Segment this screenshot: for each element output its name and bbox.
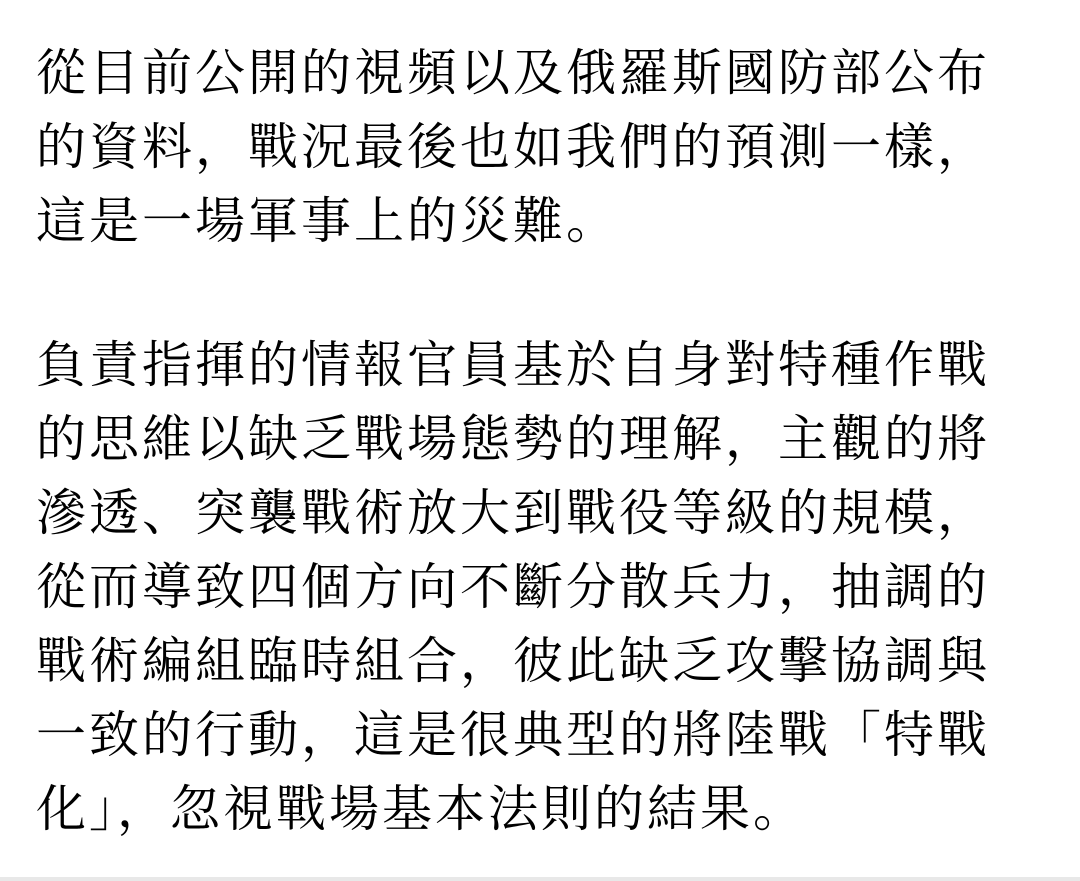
- paragraph-1: 從目前公開的視頻以及俄羅斯國防部公布 的資料，戰況最後也如我們的預測一樣， 這是…: [36, 36, 1046, 258]
- text-line: 從目前公開的視頻以及俄羅斯國防部公布: [36, 36, 1046, 110]
- text-line: 化」，忽視戰場基本法則的結果。: [36, 772, 1046, 846]
- paragraph-gap: [36, 258, 1046, 328]
- text-line: 戰術編組臨時組合，彼此缺乏攻擊協調與: [36, 624, 1046, 698]
- text-line: 的思維以缺乏戰場態勢的理解，主觀的將: [36, 402, 1046, 476]
- article-body: 從目前公開的視頻以及俄羅斯國防部公布 的資料，戰況最後也如我們的預測一樣， 這是…: [36, 36, 1046, 846]
- text-line: 滲透、突襲戰術放大到戰役等級的規模，: [36, 476, 1046, 550]
- text-line: 這是一場軍事上的災難。: [36, 184, 1046, 258]
- text-line: 的資料，戰況最後也如我們的預測一樣，: [36, 110, 1046, 184]
- text-line: 從而導致四個方向不斷分散兵力，抽調的: [36, 550, 1046, 624]
- text-line: 負責指揮的情報官員基於自身對特種作戰: [36, 328, 1046, 402]
- bottom-divider: [0, 877, 1080, 881]
- paragraph-2: 負責指揮的情報官員基於自身對特種作戰 的思維以缺乏戰場態勢的理解，主觀的將 滲透…: [36, 328, 1046, 846]
- text-line: 一致的行動，這是很典型的將陸戰「特戰: [36, 698, 1046, 772]
